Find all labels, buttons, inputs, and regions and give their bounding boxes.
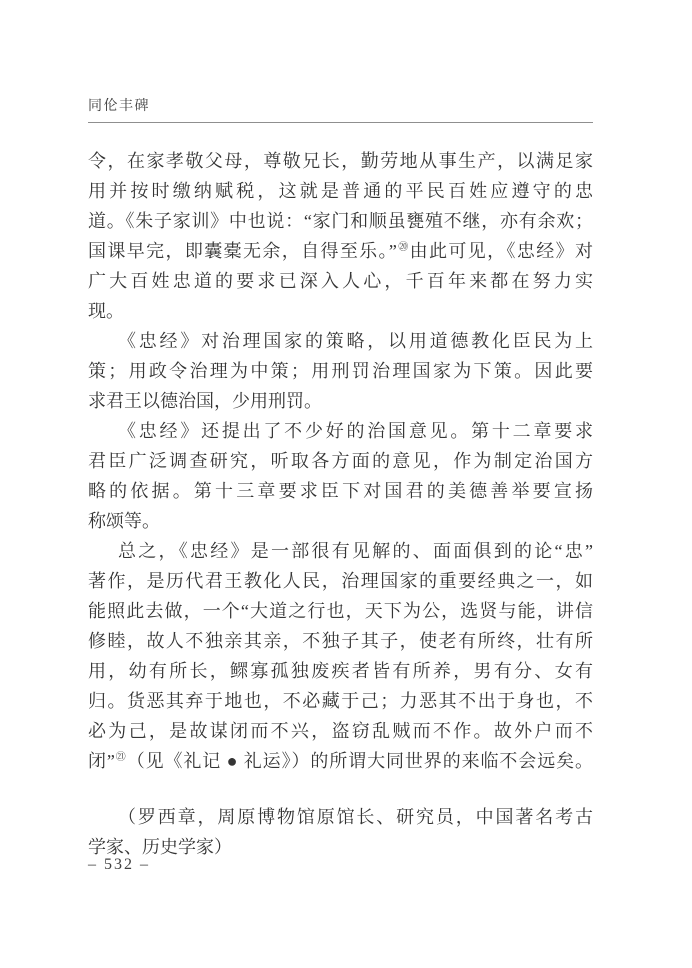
footnote-marker: ⑳ [397, 242, 410, 253]
text-line: 广大百姓忠道的要求已深入人心，千百年来都在努力实 [88, 266, 593, 296]
running-head: 同伦丰碑 [88, 98, 593, 116]
text-line: 策；用政令治理为中策；用刑罚治理国家为下策。因此要 [88, 356, 593, 386]
text-line: 用并按时缴纳赋税，这就是普通的平民百姓应遵守的忠 [88, 176, 593, 206]
text-line: 必为己，是故谋闭而不兴，盗窃乱贼而不作。故外户而不 [88, 716, 593, 746]
text-line: 国课早完，即囊橐无余，自得至乐。”⑳由此可见，《忠经》对 [88, 236, 593, 266]
text-line: 闭”㉑（见《礼记 ● 礼运》）的所谓大同世界的来临不会远矣。 [88, 746, 593, 776]
text-line: 略的依据。第十三章要求臣下对国君的美德善举要宣扬 [88, 476, 593, 506]
text-line: 著作，是历代君王教化人民，治理国家的重要经典之一，如 [88, 566, 593, 596]
text-line: 修睦，故人不独亲其亲，不独子其子，使老有所终，壮有所 [88, 626, 593, 656]
text-line: 求君王以德治国，少用刑罚。 [88, 386, 593, 416]
text-line: 称颂等。 [88, 506, 593, 536]
text-line: 学家、历史学家） [88, 832, 593, 862]
text-line: 用，幼有所长，鳏寡孤独废疾者皆有所养，男有分、女有 [88, 656, 593, 686]
text-line: 君臣广泛调查研究，听取各方面的意见，作为制定治国方 [88, 446, 593, 476]
article-body: 令，在家孝敬父母，尊敬兄长，勤劳地从事生产，以满足家用并按时缴纳赋税，这就是普通… [88, 146, 593, 776]
text-line: 《忠经》还提出了不少好的治国意见。第十二章要求 [88, 416, 593, 446]
footnote-marker: ㉑ [115, 752, 127, 763]
text-line: 现。 [88, 296, 593, 326]
page-number: – 532 – [88, 856, 150, 874]
text-line: 《忠经》对治理国家的策略，以用道德教化臣民为上 [88, 326, 593, 356]
text-line: 令，在家孝敬父母，尊敬兄长，勤劳地从事生产，以满足家 [88, 146, 593, 176]
page-content: 同伦丰碑 令，在家孝敬父母，尊敬兄长，勤劳地从事生产，以满足家用并按时缴纳赋税，… [88, 98, 593, 862]
author-note: （罗西章，周原博物馆原馆长、研究员，中国著名考古学家、历史学家） [88, 802, 593, 862]
document-page: 同伦丰碑 令，在家孝敬父母，尊敬兄长，勤劳地从事生产，以满足家用并按时缴纳赋税，… [0, 0, 692, 968]
header-rule [88, 122, 593, 123]
text-line: 能照此去做，一个“大道之行也，天下为公，选贤与能，讲信 [88, 596, 593, 626]
text-line: 道。《朱子家训》中也说：“家门和顺虽甕殖不继，亦有余欢； [88, 206, 593, 236]
text-line: 总之，《忠经》是一部很有见解的、面面俱到的论“忠” [88, 536, 593, 566]
text-line: 归。货恶其弃于地也，不必藏于己；力恶其不出于身也，不 [88, 686, 593, 716]
text-line: （罗西章，周原博物馆原馆长、研究员，中国著名考古 [88, 802, 593, 832]
